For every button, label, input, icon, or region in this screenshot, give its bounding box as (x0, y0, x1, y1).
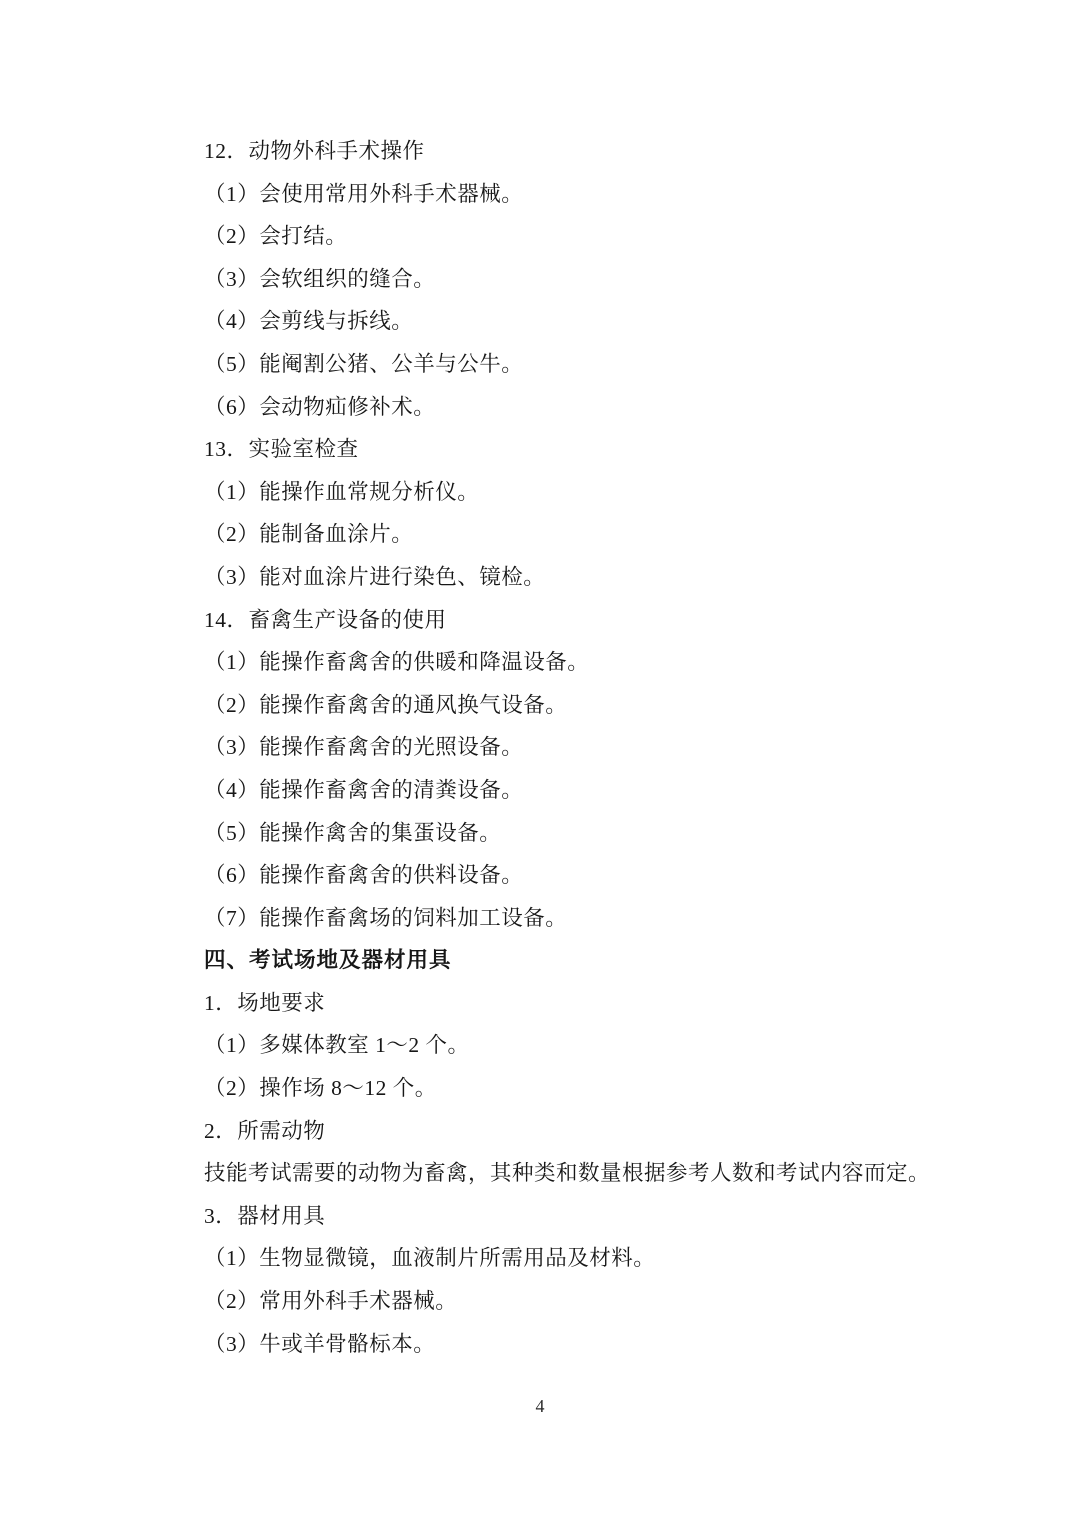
list-item: （2）能操作畜禽舍的通风换气设备。 (204, 684, 930, 727)
list-item-number: 12．动物外科手术操作 (204, 130, 930, 173)
list-item: （4）能操作畜禽舍的清粪设备。 (204, 769, 930, 812)
list-item-number: 2．所需动物 (204, 1110, 930, 1153)
list-item: （2）能制备血涂片。 (204, 513, 930, 556)
list-item: （1）会使用常用外科手术器械。 (204, 173, 930, 216)
list-item: （1）能操作血常规分析仪。 (204, 471, 930, 514)
list-item-number: 1．场地要求 (204, 982, 930, 1025)
document-page: 12．动物外科手术操作 （1）会使用常用外科手术器械。 （2）会打结。 （3）会… (0, 0, 1080, 1527)
list-item-number: 3．器材用具 (204, 1195, 930, 1238)
list-item: （6）能操作畜禽舍的供料设备。 (204, 854, 930, 897)
list-item-number: 14．畜禽生产设备的使用 (204, 599, 930, 642)
list-item: （2）常用外科手术器械。 (204, 1280, 930, 1323)
list-item: （4）会剪线与拆线。 (204, 300, 930, 343)
list-item: （3）能对血涂片进行染色、镜检。 (204, 556, 930, 599)
list-item: （1）多媒体教室 1～2 个。 (204, 1024, 930, 1067)
list-item: （5）能阉割公猪、公羊与公牛。 (204, 343, 930, 386)
list-item: （3）牛或羊骨骼标本。 (204, 1323, 930, 1366)
section-heading: 四、考试场地及器材用具 (204, 939, 930, 982)
page-number: 4 (0, 1392, 1080, 1420)
list-item: （7）能操作畜禽场的饲料加工设备。 (204, 897, 930, 940)
list-item: （2）会打结。 (204, 215, 930, 258)
list-item: （6）会动物疝修补术。 (204, 386, 930, 429)
list-item: （2）操作场 8～12 个。 (204, 1067, 930, 1110)
paragraph: 技能考试需要的动物为畜禽，其种类和数量根据参考人数和考试内容而定。 (204, 1152, 930, 1195)
list-item: （5）能操作禽舍的集蛋设备。 (204, 812, 930, 855)
list-item: （3）会软组织的缝合。 (204, 258, 930, 301)
list-item: （1）生物显微镜，血液制片所需用品及材料。 (204, 1237, 930, 1280)
list-item: （3）能操作畜禽舍的光照设备。 (204, 726, 930, 769)
list-item-number: 13．实验室检查 (204, 428, 930, 471)
document-body: 12．动物外科手术操作 （1）会使用常用外科手术器械。 （2）会打结。 （3）会… (204, 130, 930, 1365)
list-item: （1）能操作畜禽舍的供暖和降温设备。 (204, 641, 930, 684)
